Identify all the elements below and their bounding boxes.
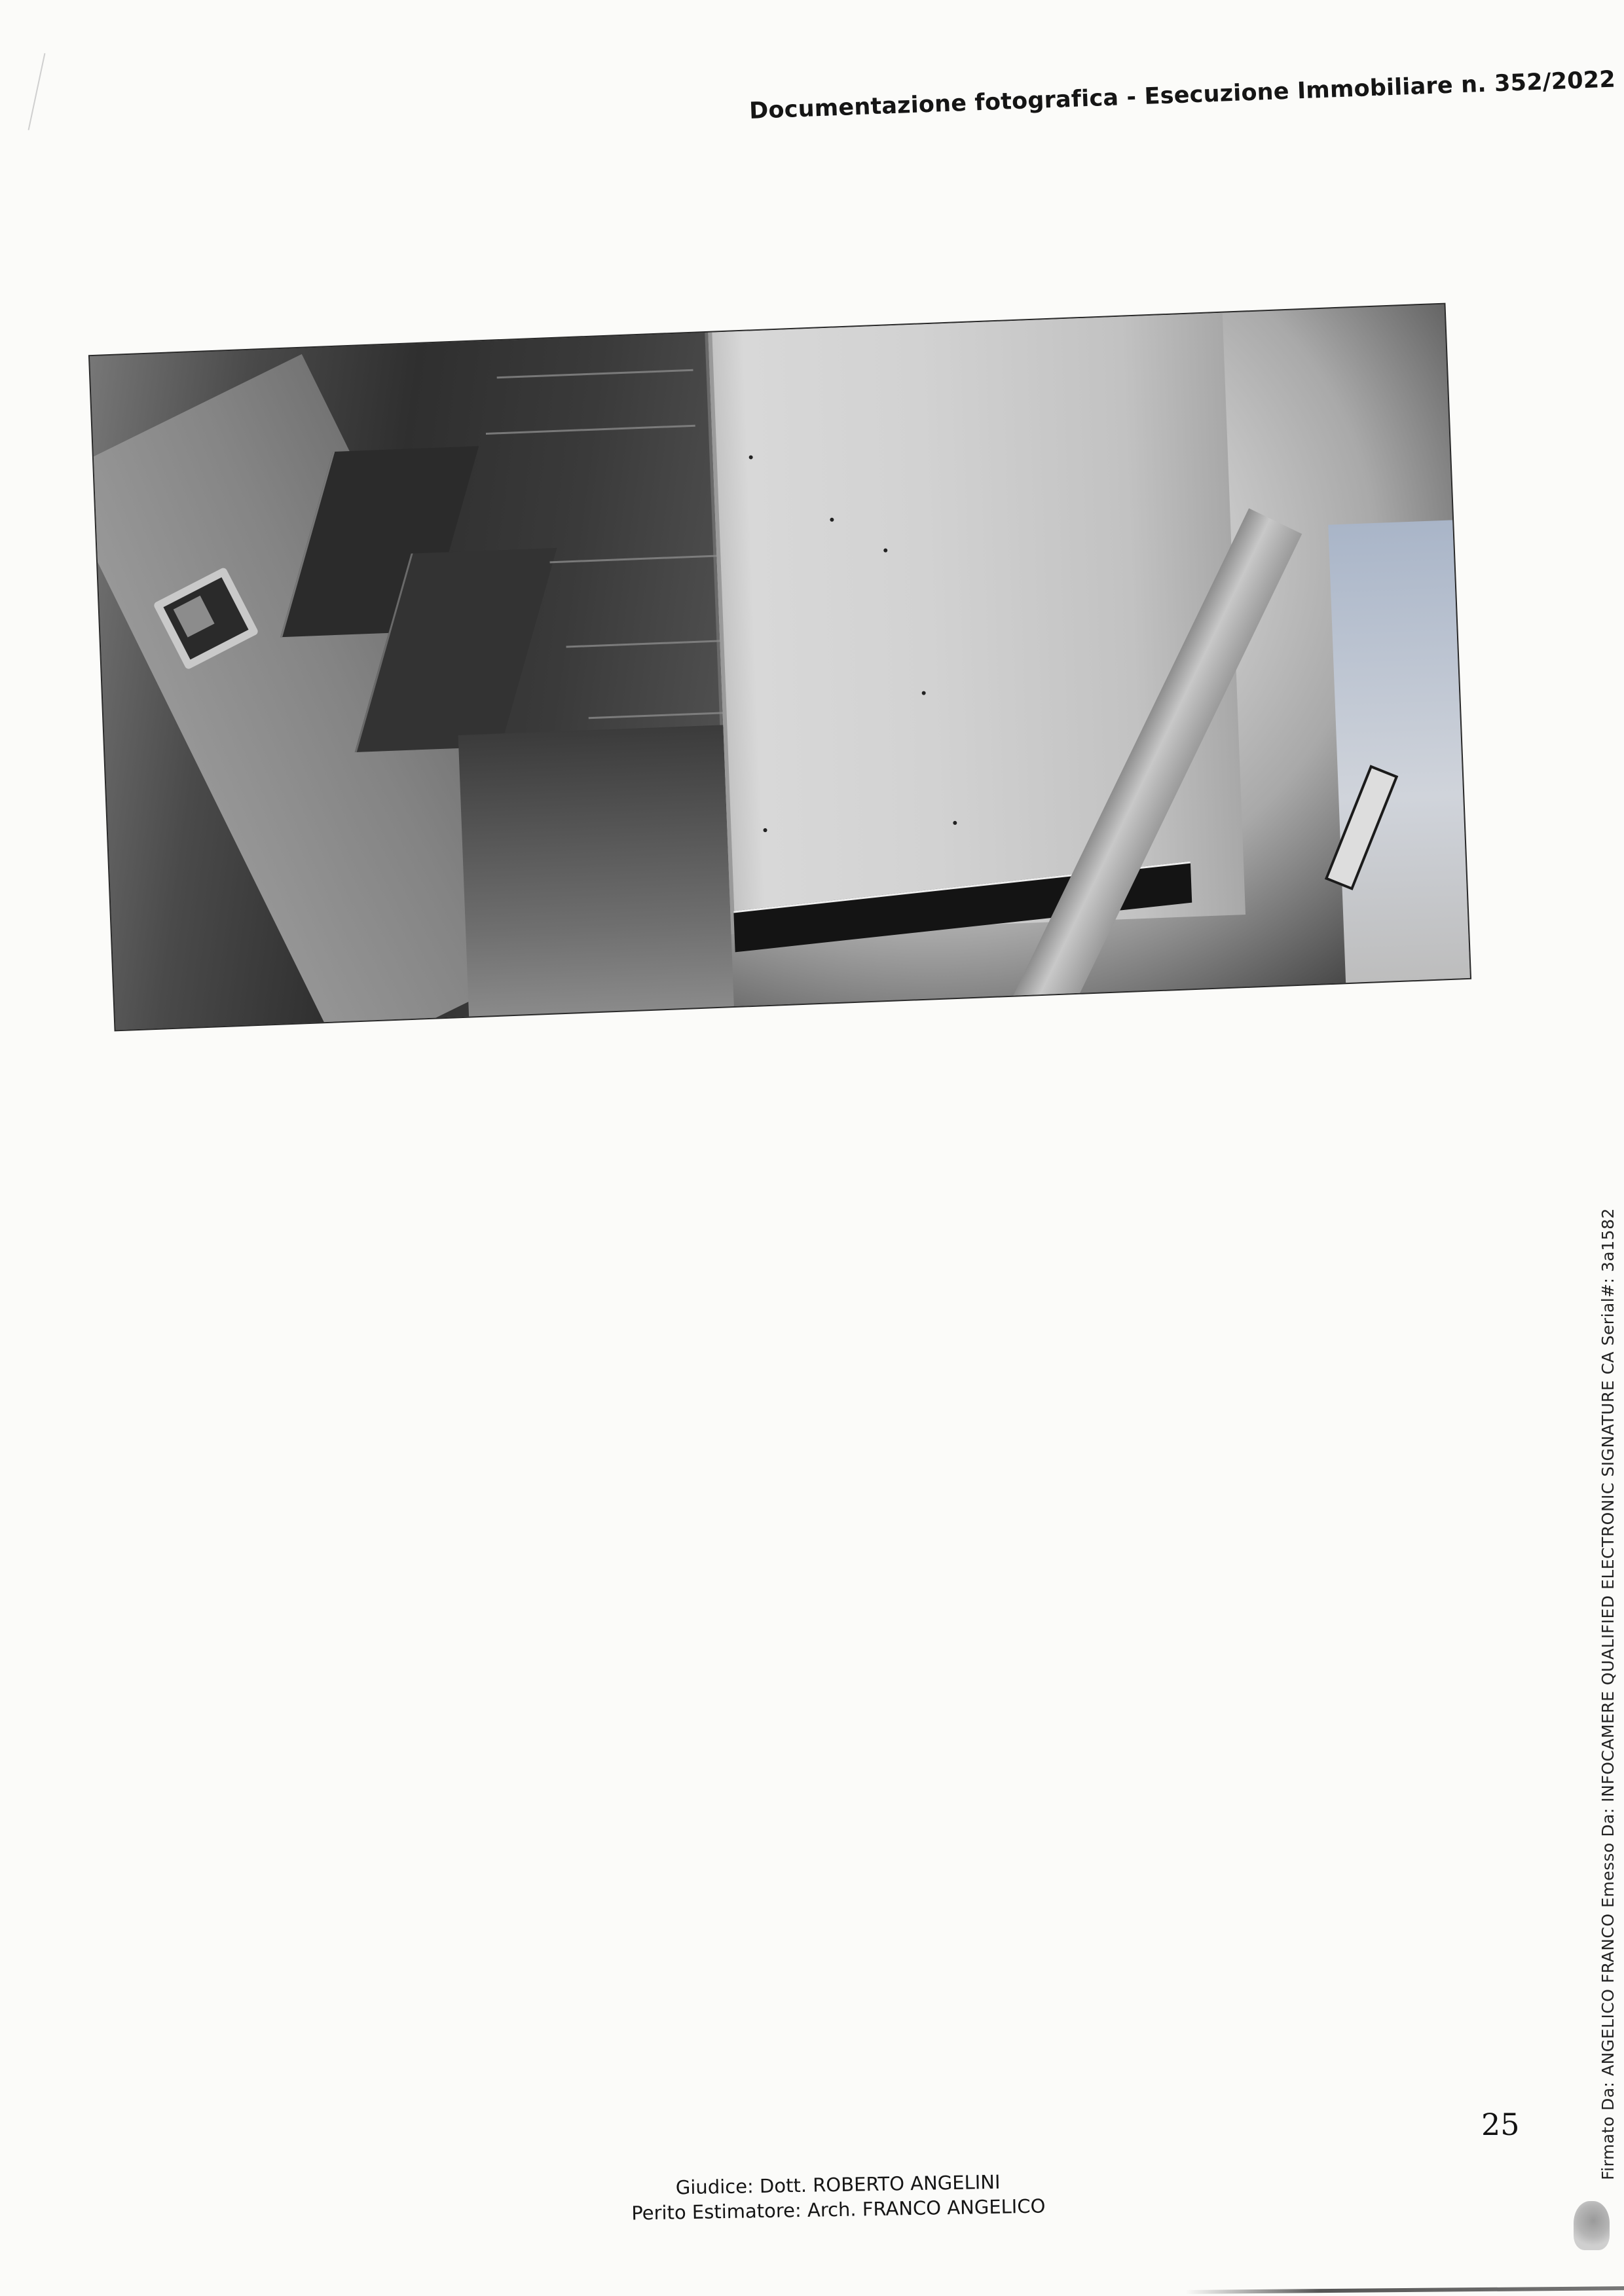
property-photo [90, 304, 1470, 1030]
photo-door-glass [1328, 520, 1470, 983]
scan-edge-artifact [1185, 2286, 1624, 2294]
footer: Giudice: Dott. ROBERTO ANGELINI Perito E… [576, 2168, 1100, 2227]
scan-artifact [28, 53, 46, 130]
digital-signature-text: Firmato Da: ANGELICO FRANCO Emesso Da: I… [1598, 1208, 1617, 2180]
digital-signature-seal-icon [1574, 2201, 1610, 2250]
page-number: 25 [1481, 2107, 1520, 2142]
document-header-title: Documentazione fotografica - Esecuzione … [749, 67, 1616, 124]
photo-white-pillar [708, 313, 1246, 934]
